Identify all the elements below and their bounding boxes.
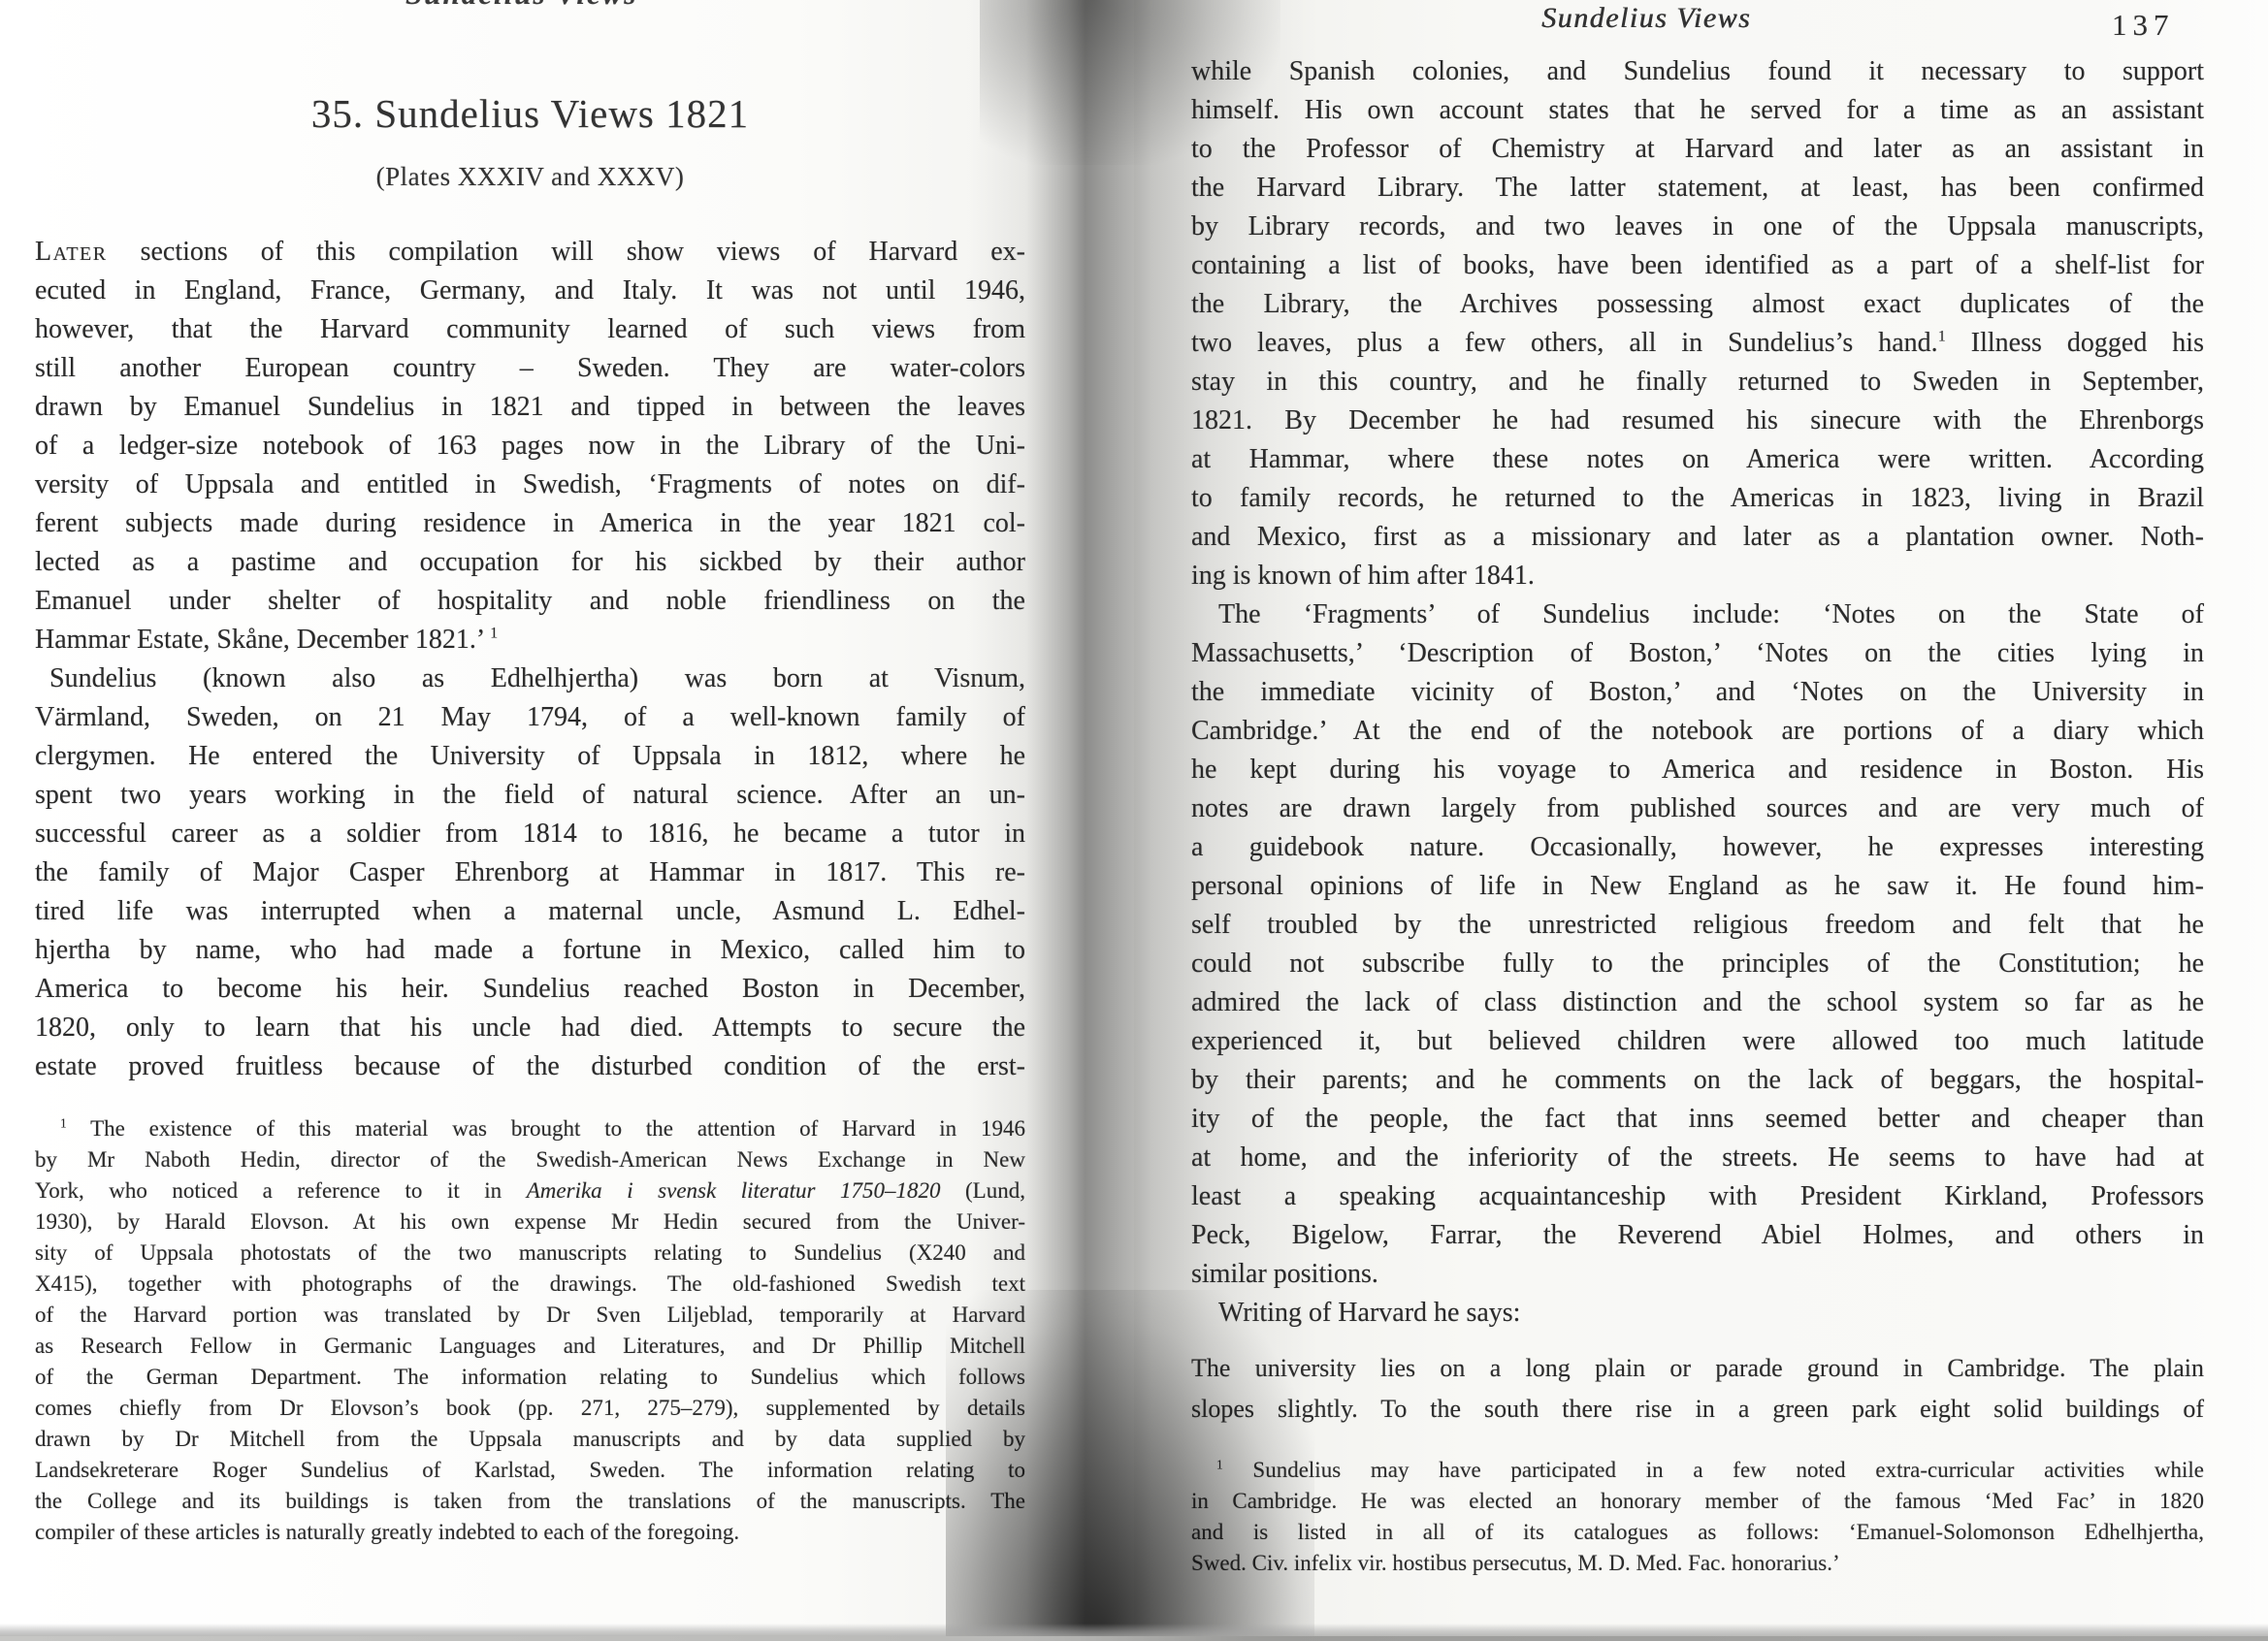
text-line: X415), together with photographs of the … <box>35 1269 1025 1300</box>
text-line: admired the lack of class distinction an… <box>1191 983 2204 1022</box>
text-line: in Cambridge. He was elected an honorary… <box>1191 1486 2204 1517</box>
section-subtitle: (Plates XXXIV and XXXV) <box>35 162 1025 192</box>
text-line: of the German Department. The informatio… <box>35 1362 1025 1393</box>
text-line: the immediate vicinity of Boston,’ and ‘… <box>1191 673 2204 712</box>
text-line: Landsekreterare Roger Sundelius of Karls… <box>35 1455 1025 1486</box>
text-line: versity of Uppsala and entitled in Swedi… <box>35 466 1025 504</box>
book-scan: Sundelius Views 35. Sundelius Views 1821… <box>0 0 2268 1641</box>
text-line: compiler of these articles is naturally … <box>35 1517 1025 1548</box>
left-body-text: Later sections of this compilation will … <box>35 233 1025 1086</box>
left-footnote: 1 The existence of this material was bro… <box>35 1113 1025 1548</box>
right-body-text: while Spanish colonies, and Sundelius fo… <box>1191 52 2204 1333</box>
text-line: 1 Sundelius may have participated in a f… <box>1191 1455 2204 1486</box>
text-line: notes are drawn largely from published s… <box>1191 789 2204 828</box>
text-line: to the Professor of Chemistry at Harvard… <box>1191 130 2204 169</box>
text-line: drawn by Emanuel Sundelius in 1821 and t… <box>35 388 1025 427</box>
text-line: hjertha by name, who had made a fortune … <box>35 931 1025 970</box>
text-line: by their parents; and he comments on the… <box>1191 1061 2204 1100</box>
text-line: The ‘Fragments’ of Sundelius include: ‘N… <box>1191 595 2204 634</box>
block-quote: The university lies on a long plain or p… <box>1191 1348 2204 1430</box>
text-line: of a ledger-size notebook of 163 pages n… <box>35 427 1025 466</box>
text-line: of the Harvard portion was translated by… <box>35 1300 1025 1331</box>
text-line: and is listed in all of its catalogues a… <box>1191 1517 2204 1548</box>
text-line: ing is known of him after 1841. <box>1191 557 2204 595</box>
text-line: at Hammar, where these notes on America … <box>1191 440 2204 479</box>
text-line: lected as a pastime and occupation for h… <box>35 543 1025 582</box>
text-line: 1930), by Harald Elovson. At his own exp… <box>35 1207 1025 1238</box>
text-line: and Mexico, first as a missionary and la… <box>1191 518 2204 557</box>
text-line: Hammar Estate, Skåne, December 1821.’ 1 <box>35 621 1025 660</box>
text-line: The university lies on a long plain or p… <box>1191 1348 2204 1389</box>
paragraph: while Spanish colonies, and Sundelius fo… <box>1191 52 2204 595</box>
text-line: Later sections of this compilation will … <box>35 233 1025 272</box>
text-line: personal opinions of life in New England… <box>1191 867 2204 906</box>
left-running-head-remnant: Sundelius Views <box>405 0 637 12</box>
text-line: comes chiefly from Dr Elovson’s book (pp… <box>35 1393 1025 1424</box>
right-footnote: 1 Sundelius may have participated in a f… <box>1191 1455 2204 1579</box>
text-line: Massachusetts,’ ‘Description of Boston,’… <box>1191 634 2204 673</box>
paragraph: Writing of Harvard he says: <box>1191 1294 2204 1333</box>
text-line: the College and its buildings is taken f… <box>35 1486 1025 1517</box>
text-line: Peck, Bigelow, Farrar, the Reverend Abie… <box>1191 1216 2204 1255</box>
text-line: Cambridge.’ At the end of the notebook a… <box>1191 712 2204 751</box>
text-line: ferent subjects made during residence in… <box>35 504 1025 543</box>
text-line: a guidebook nature. Occasionally, howeve… <box>1191 828 2204 867</box>
text-line: Writing of Harvard he says: <box>1191 1294 2204 1333</box>
text-line: least a speaking acquaintanceship with P… <box>1191 1177 2204 1216</box>
text-line: however, that the Harvard community lear… <box>35 310 1025 349</box>
text-line: similar positions. <box>1191 1255 2204 1294</box>
page-number: 137 <box>2112 8 2175 43</box>
text-line: containing a list of books, have been id… <box>1191 246 2204 285</box>
text-line: estate proved fruitless because of the d… <box>35 1047 1025 1086</box>
text-line: ecuted in England, France, Germany, and … <box>35 272 1025 310</box>
left-page: Sundelius Views 35. Sundelius Views 1821… <box>0 0 1134 1641</box>
text-line: 1821. By December he had resumed his sin… <box>1191 402 2204 440</box>
text-line: as Research Fellow in Germanic Languages… <box>35 1331 1025 1362</box>
text-line: still another European country – Sweden.… <box>35 349 1025 388</box>
text-line: himself. His own account states that he … <box>1191 91 2204 130</box>
paragraph: Sundelius (known also as Edhelhjertha) w… <box>35 660 1025 1086</box>
text-line: by Library records, and two leaves in on… <box>1191 208 2204 246</box>
text-line: the family of Major Casper Ehrenborg at … <box>35 853 1025 892</box>
text-line: the Harvard Library. The latter statemen… <box>1191 169 2204 208</box>
text-line: Värmland, Sweden, on 21 May 1794, of a w… <box>35 698 1025 737</box>
text-line: Swed. Civ. infelix vir. hostibus persecu… <box>1191 1548 2204 1579</box>
text-line: by Mr Naboth Hedin, director of the Swed… <box>35 1144 1025 1175</box>
text-line: Sundelius (known also as Edhelhjertha) w… <box>35 660 1025 698</box>
text-line: stay in this country, and he finally ret… <box>1191 363 2204 402</box>
text-line: could not subscribe fully to the princip… <box>1191 945 2204 983</box>
text-line: self troubled by the unrestricted religi… <box>1191 906 2204 945</box>
text-line: 1820, only to learn that his uncle had d… <box>35 1009 1025 1047</box>
text-line: at home, and the inferiority of the stre… <box>1191 1139 2204 1177</box>
text-line: slopes slightly. To the south there rise… <box>1191 1389 2204 1430</box>
text-line: York, who noticed a reference to it in A… <box>35 1175 1025 1207</box>
paragraph: The ‘Fragments’ of Sundelius include: ‘N… <box>1191 595 2204 1294</box>
text-line: to family records, he returned to the Am… <box>1191 479 2204 518</box>
text-line: two leaves, plus a few others, all in Su… <box>1191 324 2204 363</box>
text-line: while Spanish colonies, and Sundelius fo… <box>1191 52 2204 91</box>
section-title: 35. Sundelius Views 1821 <box>35 91 1025 137</box>
paragraph: Later sections of this compilation will … <box>35 233 1025 660</box>
text-line: drawn by Dr Mitchell from the Uppsala ma… <box>35 1424 1025 1455</box>
text-line: Emanuel under shelter of hospitality and… <box>35 582 1025 621</box>
text-line: America to become his heir. Sundelius re… <box>35 970 1025 1009</box>
text-line: the Library, the Archives possessing alm… <box>1191 285 2204 324</box>
text-line: successful career as a soldier from 1814… <box>35 815 1025 853</box>
text-line: clergymen. He entered the University of … <box>35 737 1025 776</box>
text-line: tired life was interrupted when a matern… <box>35 892 1025 931</box>
text-line: 1 The existence of this material was bro… <box>35 1113 1025 1144</box>
text-line: experienced it, but believed children we… <box>1191 1022 2204 1061</box>
text-line: ity of the people, the fact that inns se… <box>1191 1100 2204 1139</box>
text-line: spent two years working in the field of … <box>35 776 1025 815</box>
text-line: sity of Uppsala photostats of the two ma… <box>35 1238 1025 1269</box>
right-page: Sundelius Views 137 while Spanish coloni… <box>1134 0 2268 1641</box>
running-head: Sundelius Views <box>1541 2 1751 35</box>
text-line: he kept during his voyage to America and… <box>1191 751 2204 789</box>
